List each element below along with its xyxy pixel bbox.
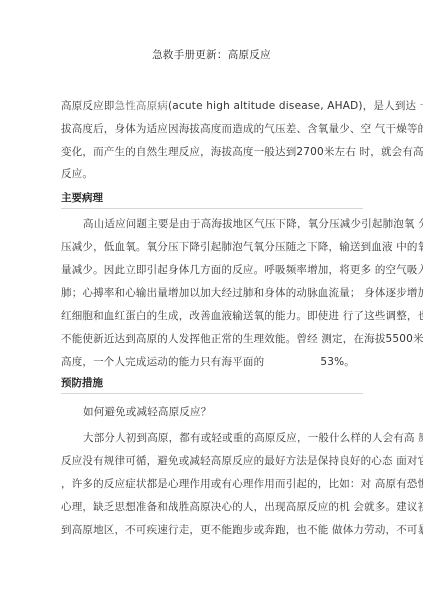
pathology-line-7: 高度，一个人完成运动的能力只有海平面的 53%。 [61, 354, 363, 369]
intro-text: (acute high altitude disease, AHAD)，是人到达… [168, 100, 423, 112]
prevention-line-3: ，许多的反应症状都是心理作用或有心理作用而引起的，比如：对 高原有恐惧 [61, 476, 363, 491]
prevention-line-2: 反应没有规律可循，避免或减轻高原反应的最好方法是保持良好的心态 面对它 [61, 453, 363, 468]
pathology-line-1: 高山适应问题主要是由于高海拔地区气压下降，氧分压减少引起肺泡氧 分 [61, 216, 363, 231]
prevention-question: 如何避免或减轻高原反应？ [61, 404, 363, 419]
pathology-line-6: 不能使新近达到高原的人发挥他正常的生理效能。曾经 测定，在海拔5500米的 [61, 331, 363, 346]
pathology-line-5: 红细胞和血红蛋白的生成，改善血液输送氧的能力。即使进 行了这些调整，也 [61, 308, 363, 323]
section-heading-pathology: 主要病理 [61, 190, 363, 209]
intro-line-4: 反应。 [61, 166, 363, 181]
section-heading-prevention: 预防措施 [61, 375, 363, 394]
pathology-line-4: 肺；心搏率和心输出量增加以加大经过肺和身体的动脉血流量； 身体逐步增加 [61, 285, 363, 300]
prevention-line-4: 心理，缺乏思想准备和战胜高原决心的人，出现高原反应的机 会就多。建议初 [61, 499, 363, 514]
document-title: 急救手册更新：高原反应 [0, 47, 423, 62]
pathology-line-2: 压减少，低血氧。氧分压下降引起肺泡气氧分压随之下降，输送到血液 中的氧 [61, 239, 363, 254]
document-page: 急救手册更新：高原反应 高原反应即急性高原病(acute high altitu… [0, 0, 423, 600]
prevention-line-5: 到高原地区，不可疾速行走，更不能跑步或奔跑，也不能 做体力劳动，不可暴 [61, 522, 363, 537]
intro-line-2: 拔高度后，身体为适应因海拔高度而造成的气压差、含氧量少、空 气干燥等的 [61, 121, 363, 136]
pathology-percentage: 53%。 [320, 354, 363, 369]
intro-line-3: 变化，而产生的自然生理反应，海拔高度一般达到2700米左右 时，就会有高原 [61, 144, 363, 159]
acute-altitude-sickness-link[interactable]: 急性高原病 [115, 100, 169, 112]
intro-line-1: 高原反应即急性高原病(acute high altitude disease, … [61, 98, 363, 113]
prevention-line-1: 大部分人初到高原，都有或轻或重的高原反应，一般什么样的人会有高 原 [61, 430, 363, 445]
pathology-last-text: 高度，一个人完成运动的能力只有海平面的 [61, 354, 264, 369]
pathology-line-3: 量减少。因此立即引起身体几方面的反应。呼吸频率增加，将更多 的空气吸入 [61, 262, 363, 277]
intro-text: 高原反应即 [61, 100, 115, 112]
